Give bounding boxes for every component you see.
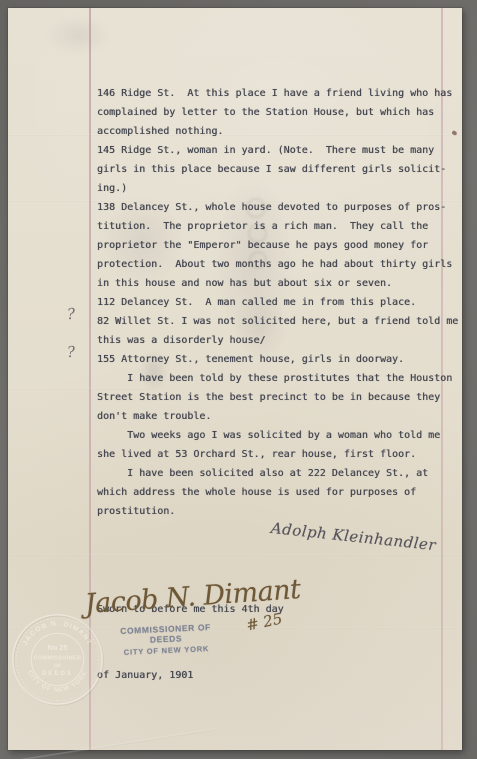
typewritten-line: proprietor the "Emperor" because he pays…: [97, 236, 459, 255]
seal-center-line: DEEDS: [42, 670, 73, 677]
typewritten-line: prostitution.: [97, 502, 459, 521]
typewritten-line: accomplished nothing.: [97, 122, 459, 141]
typewritten-line: 145 Ridge St., woman in yard. (Note. The…: [97, 141, 459, 160]
sworn-line: of January, 1901: [97, 665, 284, 687]
scanned-document-page: 146 Ridge St. At this place I have a fri…: [0, 0, 477, 759]
typewritten-line: I have been solicited also at 222 Delanc…: [97, 464, 459, 483]
typewritten-body: 146 Ridge St. At this place I have a fri…: [97, 84, 459, 521]
seal-center-line: OF: [54, 663, 62, 669]
typewritten-line: don't make trouble.: [97, 407, 459, 426]
ink-smudge: [46, 16, 110, 54]
typewritten-line: 112 Delancey St. A man called me in from…: [97, 293, 459, 312]
typewritten-line: 138 Delancey St., whole house devoted to…: [97, 198, 459, 217]
typewritten-line: I have been told by these prostitutes th…: [97, 369, 459, 388]
typewritten-line: 146 Ridge St. At this place I have a fri…: [97, 84, 459, 103]
seal-center-number: No 25: [48, 643, 68, 652]
typewritten-line: protection. About two months ago he had …: [97, 255, 459, 274]
embossed-notary-seal: JACOB N. DIMANT CITY OF NEW YORK No 25 C…: [9, 611, 106, 708]
typewritten-line: ing.): [97, 179, 459, 198]
typewritten-line: she lived at 53 Orchard St., rear house,…: [97, 445, 459, 464]
typewritten-line: 82 Willet St. I was not solicited here, …: [97, 312, 459, 331]
typewritten-line: complained by letter to the Station Hous…: [97, 103, 459, 122]
typewritten-line: Two weeks ago I was solicited by a woman…: [97, 426, 459, 445]
typewritten-line: 155 Attorney St., tenement house, girls …: [97, 350, 459, 369]
typewritten-line: titution. The proprietor is a rich man. …: [97, 217, 459, 236]
typewritten-line: which address the whole house is used fo…: [97, 483, 459, 502]
margin-question-mark: ?: [66, 305, 75, 324]
margin-question-mark: ?: [66, 343, 75, 362]
stamp-line-1: COMMISSIONER OF DEEDS: [105, 621, 226, 646]
typewritten-line: this was a disorderly house/: [97, 331, 459, 350]
embossed-seal-graphic: JACOB N. DIMANT CITY OF NEW YORK No 25 C…: [9, 611, 106, 708]
seal-center-line: COMMISSIONER: [34, 656, 82, 662]
commissioner-of-deeds-stamp: COMMISSIONER OF DEEDS CITY OF NEW YORK: [105, 621, 226, 657]
typewritten-line: Street Station is the best precinct to b…: [97, 388, 459, 407]
fold-crease-diagonal: [0, 728, 217, 759]
typewritten-line: girls in this place because I saw differ…: [97, 160, 459, 179]
typewritten-line: in this house and now has but about six …: [97, 274, 459, 293]
